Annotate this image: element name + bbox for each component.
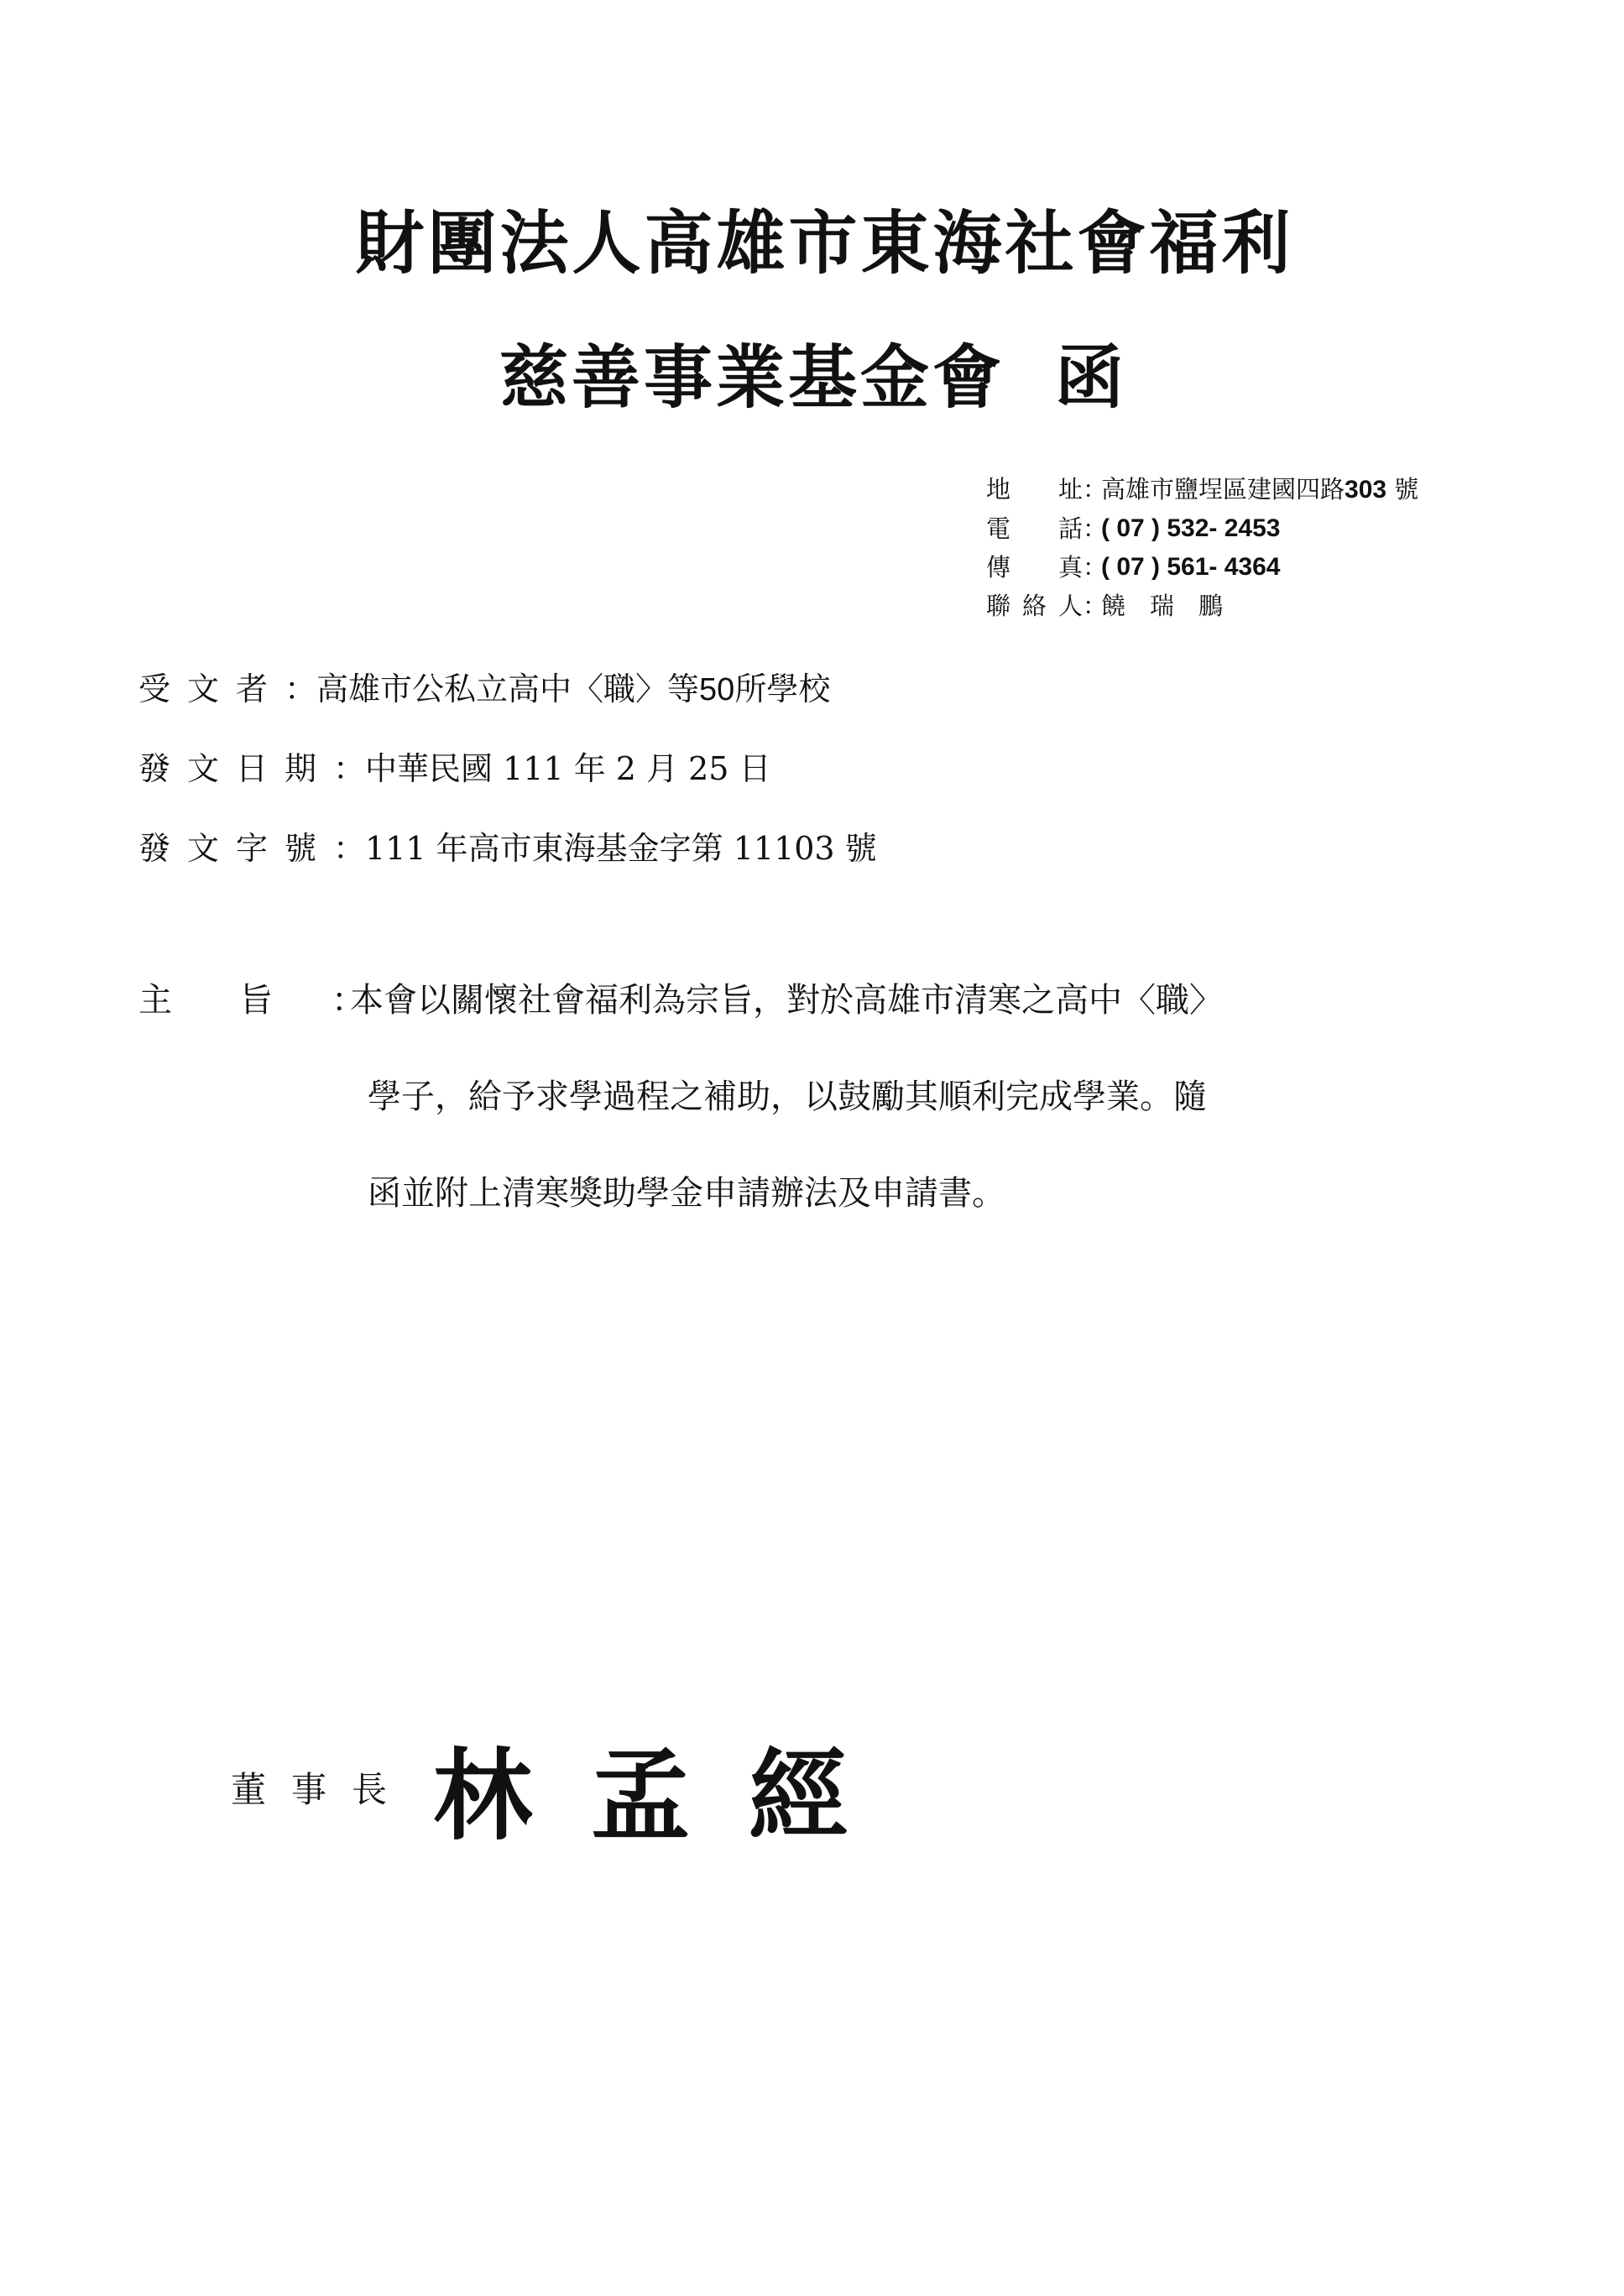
recipient-value: 高雄市公私立高中〈職〉等50所學校 (316, 671, 830, 707)
signatory-role: 董事長 (231, 1769, 412, 1810)
doc-type-label: 函 (1055, 338, 1127, 418)
date-value: 中華民國 111 年 2 月 25 日 (365, 750, 771, 787)
signature-block: 董事長 林孟經 (231, 1716, 906, 1859)
org-title-line2: 慈善事業基金會函 (499, 323, 1127, 421)
phone-value: ( 07 ) 532- 2453 (1101, 509, 1280, 548)
contact-person-label: 聯絡人 (986, 587, 1083, 625)
fax-label: 傳 真 (986, 548, 1083, 587)
subject-label: 主 旨 (138, 973, 332, 1021)
doc-number-label: 發文字號 (138, 822, 333, 869)
contact-block: 地 址： 高雄市鹽埕區建國四路303 號 電 話： ( 07 ) 532- 24… (986, 470, 1418, 625)
doc-number-value: 111 年高市東海基金字第 11103 號 (365, 830, 877, 867)
recipient-label: 受文者 (138, 663, 285, 709)
signatory-name: 林孟經 (433, 1738, 906, 1854)
contact-phone-row: 電 話： ( 07 ) 532- 2453 (986, 509, 1418, 548)
subject-block: 主 旨： 本會以關懷社會福利為宗旨，對於高雄市清寒之高中〈職〉 學子，給予求學過… (138, 973, 365, 1021)
address-value: 高雄市鹽埕區建國四路303 號 (1101, 470, 1418, 509)
contact-person-row: 聯絡人： 饒 瑞 鵬 (986, 587, 1418, 625)
doc-number-row: 發文字號：111 年高市東海基金字第 11103 號 (138, 822, 877, 869)
date-row: 發文日期：中華民國 111 年 2 月 25 日 (138, 743, 771, 789)
contact-person-value: 饒 瑞 鵬 (1101, 587, 1223, 625)
recipient-row: 受文者：高雄市公私立高中〈職〉等50所學校 (138, 663, 830, 709)
subject-line: 學子，給予求學過程之補助，以鼓勵其順利完成學業。隨 (368, 1070, 1207, 1118)
phone-label: 電 話 (986, 509, 1083, 548)
date-label: 發文日期 (138, 743, 333, 789)
subject-line: 函並附上清寒獎助學金申請辦法及申請書。 (368, 1166, 1005, 1214)
contact-address-row: 地 址： 高雄市鹽埕區建國四路303 號 (986, 470, 1418, 509)
contact-fax-row: 傳 真： ( 07 ) 561- 4364 (986, 548, 1418, 587)
org-title-line1: 財團法人高雄市東海社會福利 (0, 189, 1624, 287)
subject-line: 本會以關懷社會福利為宗旨，對於高雄市清寒之高中〈職〉 (350, 973, 1223, 1021)
org-title-line2-text: 慈善事業基金會 (499, 338, 1005, 418)
fax-value: ( 07 ) 561- 4364 (1101, 548, 1280, 587)
address-label: 地 址 (986, 470, 1083, 509)
